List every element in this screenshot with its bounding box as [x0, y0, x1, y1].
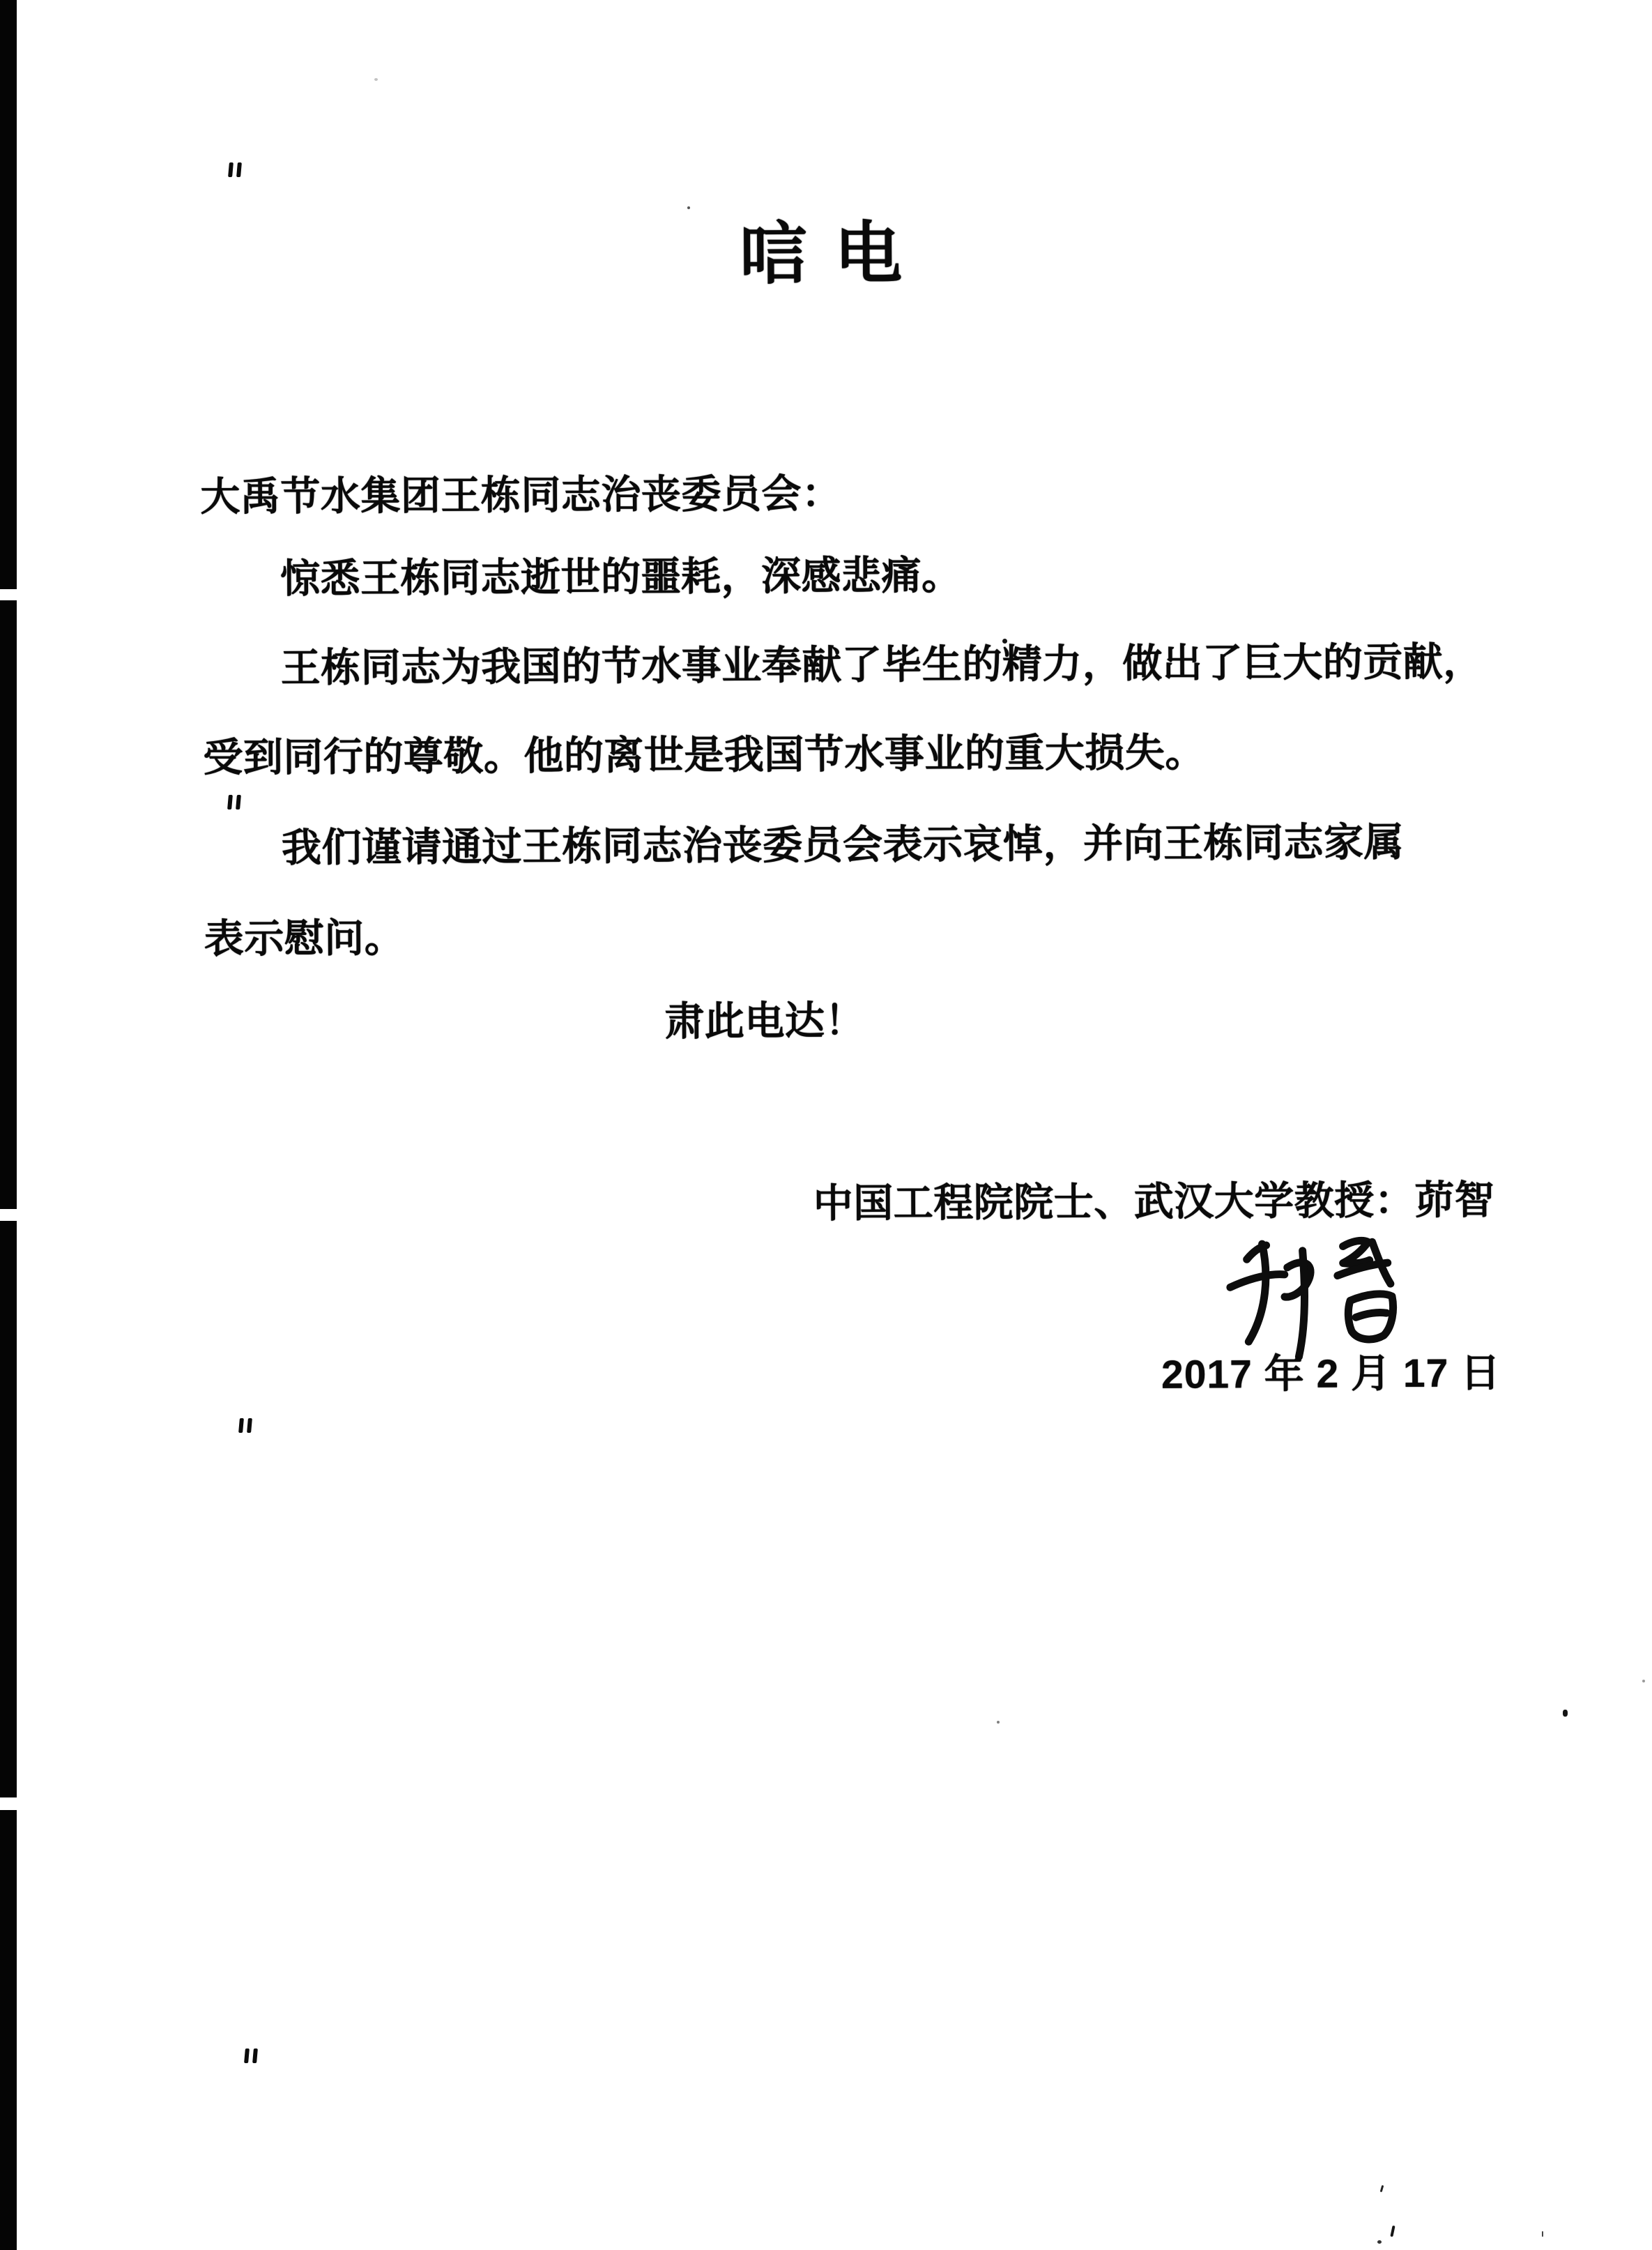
handwritten-signature [1218, 1222, 1425, 1363]
body-line: 惊悉王栋同志逝世的噩耗，深感悲痛。 [280, 554, 962, 602]
signature-title-line: 中国工程院院士、武汉大学教授：茆智 [813, 1178, 1495, 1226]
letter-content: 唁 电 大禹节水集团王栋同志治丧委员会： 惊悉王栋同志逝世的噩耗，深感悲痛。 王… [0, 0, 1652, 2250]
date-line: 2017 年 2 月 17 日 [1161, 1351, 1501, 1397]
scanned-condolence-letter: 唁 电 大禹节水集团王栋同志治丧委员会： 惊悉王栋同志逝世的噩耗，深感悲痛。 王… [0, 0, 1652, 2250]
body-line: 受到同行的尊敬。他的离世是我国节水事业的重大损失。 [203, 731, 1205, 781]
body-line: 我们谨请通过王栋同志治丧委员会表示哀悼，并向王栋同志家属 [282, 821, 1404, 871]
salutation-line: 大禹节水集团王栋同志治丧委员会： [200, 472, 841, 520]
body-line: 王栋同志为我国的节水事业奉献了毕生的精力，做出了巨大的贡献， [281, 640, 1483, 691]
letter-title: 唁 电 [0, 215, 1649, 291]
body-line: 表示慰问。 [204, 917, 405, 962]
closing-line: 肃此电达！ [664, 999, 865, 1044]
